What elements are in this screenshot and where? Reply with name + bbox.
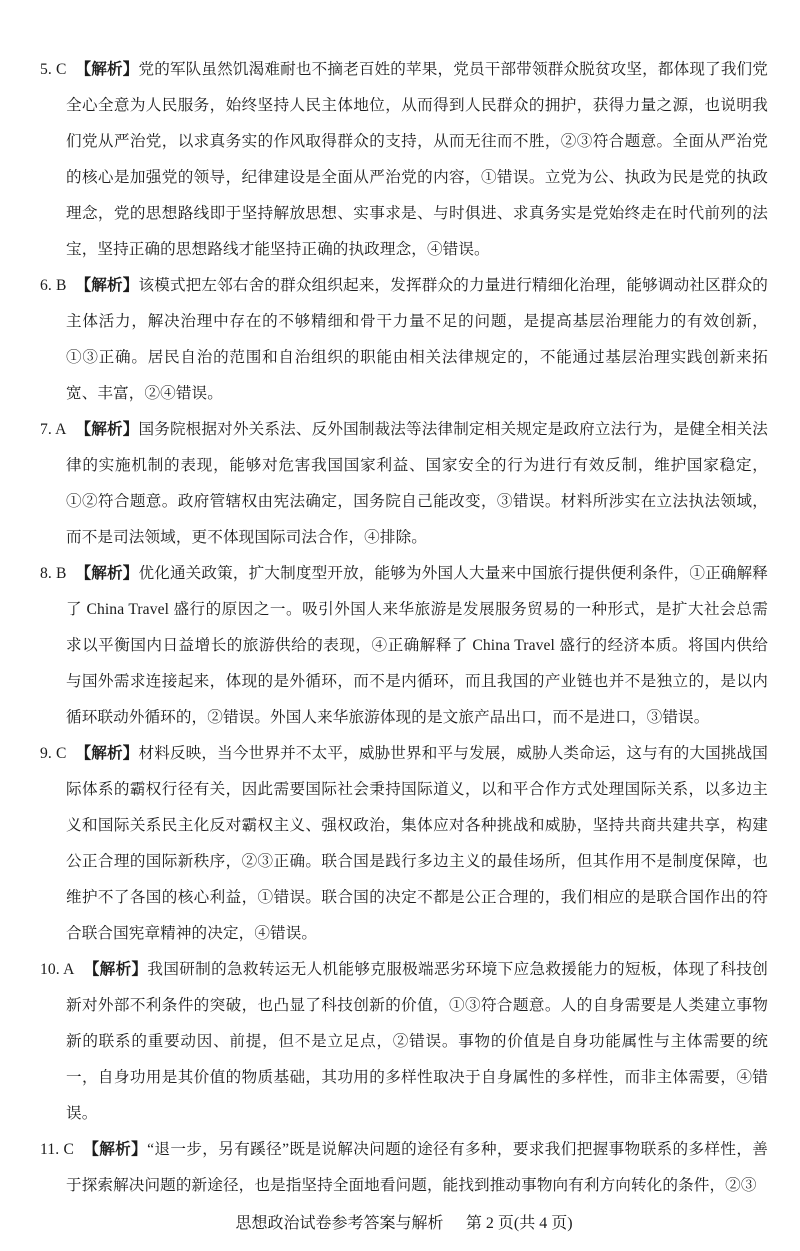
analysis-label: 【解析】 bbox=[75, 421, 138, 438]
explanation-text: 国务院根据对外关系法、反外国制裁法等法律制定相关规定是政府立法行为，是健全相关法… bbox=[66, 421, 768, 546]
question-number-answer: 8. B bbox=[40, 565, 66, 582]
question-number-answer: 11. C bbox=[40, 1141, 74, 1158]
page-footer: 思想政治试卷参考答案与解析第 2 页(共 4 页) bbox=[40, 1209, 768, 1239]
exam-answer-page: 5. C【解析】党的军队虽然饥渴难耐也不摘老百姓的苹果，党员干部带领群众脱贫攻坚… bbox=[0, 0, 800, 1251]
question-number-answer: 7. A bbox=[40, 421, 66, 438]
analysis-label: 【解析】 bbox=[75, 61, 138, 78]
analysis-label: 【解析】 bbox=[75, 745, 138, 762]
explanation-text: 材料反映，当今世界并不太平，威胁世界和平与发展，威胁人类命运，这与有的大国挑战国… bbox=[66, 745, 768, 942]
question-number-answer: 5. C bbox=[40, 61, 66, 78]
explanation-text: “退一步，另有蹊径”既是说解决问题的途径有多种，要求我们把握事物联系的多样性，善… bbox=[66, 1141, 768, 1194]
question-number-answer: 10. A bbox=[40, 961, 75, 978]
question-number-answer: 6. B bbox=[40, 277, 66, 294]
answer-item-5: 5. C【解析】党的军队虽然饥渴难耐也不摘老百姓的苹果，党员干部带领群众脱贫攻坚… bbox=[40, 52, 768, 268]
analysis-label: 【解析】 bbox=[83, 1141, 147, 1158]
answer-item-10: 10. A【解析】我国研制的急救转运无人机能够克服极端恶劣环境下应急救援能力的短… bbox=[40, 952, 768, 1132]
answer-item-11: 11. C【解析】“退一步，另有蹊径”既是说解决问题的途径有多种，要求我们把握事… bbox=[40, 1132, 768, 1204]
answer-item-9: 9. C【解析】材料反映，当今世界并不太平，威胁世界和平与发展，威胁人类命运，这… bbox=[40, 736, 768, 952]
analysis-label: 【解析】 bbox=[75, 565, 138, 582]
explanation-text: 我国研制的急救转运无人机能够克服极端恶劣环境下应急救援能力的短板，体现了科技创新… bbox=[66, 961, 768, 1122]
analysis-label: 【解析】 bbox=[84, 961, 148, 978]
question-number-answer: 9. C bbox=[40, 745, 66, 762]
answer-item-7: 7. A【解析】国务院根据对外关系法、反外国制裁法等法律制定相关规定是政府立法行… bbox=[40, 412, 768, 556]
explanation-text: 该模式把左邻右舍的群众组织起来，发挥群众的力量进行精细化治理，能够调动社区群众的… bbox=[66, 277, 768, 402]
answer-item-8: 8. B【解析】优化通关政策，扩大制度型开放，能够为外国人大量来中国旅行提供便利… bbox=[40, 556, 768, 736]
explanation-text: 党的军队虽然饥渴难耐也不摘老百姓的苹果，党员干部带领群众脱贫攻坚，都体现了我们党… bbox=[66, 61, 768, 258]
explanation-list: 5. C【解析】党的军队虽然饥渴难耐也不摘老百姓的苹果，党员干部带领群众脱贫攻坚… bbox=[40, 52, 768, 1204]
analysis-label: 【解析】 bbox=[75, 277, 138, 294]
footer-document-title: 思想政治试卷参考答案与解析 bbox=[235, 1215, 443, 1232]
answer-item-6: 6. B【解析】该模式把左邻右舍的群众组织起来，发挥群众的力量进行精细化治理，能… bbox=[40, 268, 768, 412]
explanation-text: 优化通关政策，扩大制度型开放，能够为外国人大量来中国旅行提供便利条件，①正确解释… bbox=[66, 565, 768, 726]
footer-page-number: 第 2 页(共 4 页) bbox=[466, 1215, 573, 1232]
